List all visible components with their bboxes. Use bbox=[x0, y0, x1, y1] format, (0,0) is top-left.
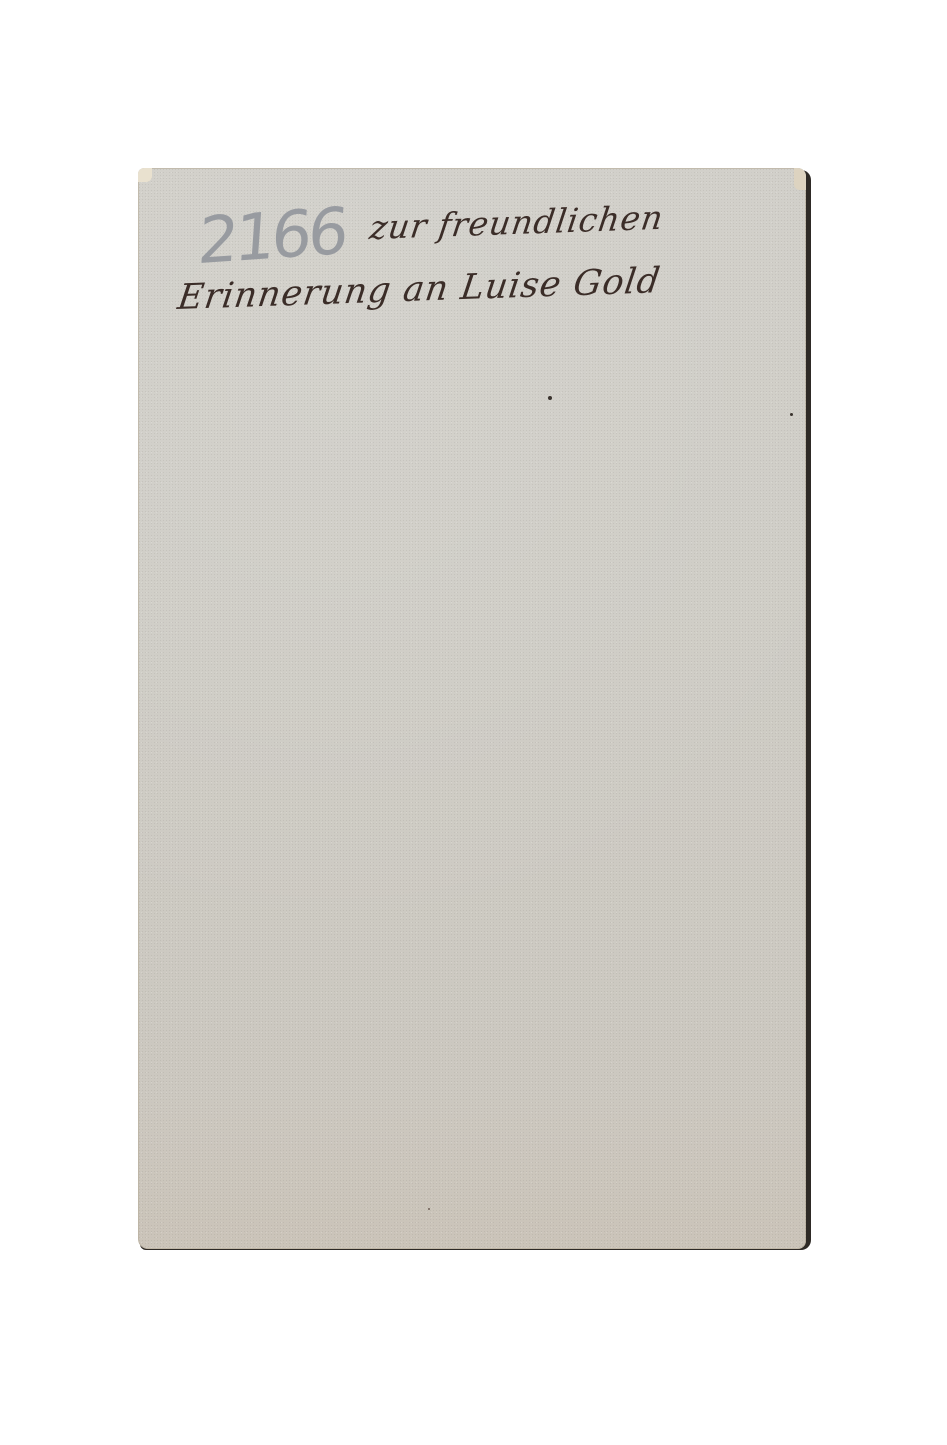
paper-speck bbox=[548, 396, 552, 400]
scanned-image: 2166 zur freundlichen Erinnerung an Luis… bbox=[0, 0, 947, 1445]
worn-corner-top-right bbox=[794, 168, 806, 190]
paper-speck bbox=[790, 413, 793, 416]
paper-speck bbox=[428, 1208, 430, 1210]
photo-card-reverse: 2166 zur freundlichen Erinnerung an Luis… bbox=[138, 168, 806, 1249]
pencil-inventory-number: 2166 bbox=[196, 195, 348, 280]
inscription-line-1: zur freundlichen bbox=[367, 198, 666, 247]
worn-corner-top-left bbox=[138, 168, 152, 182]
